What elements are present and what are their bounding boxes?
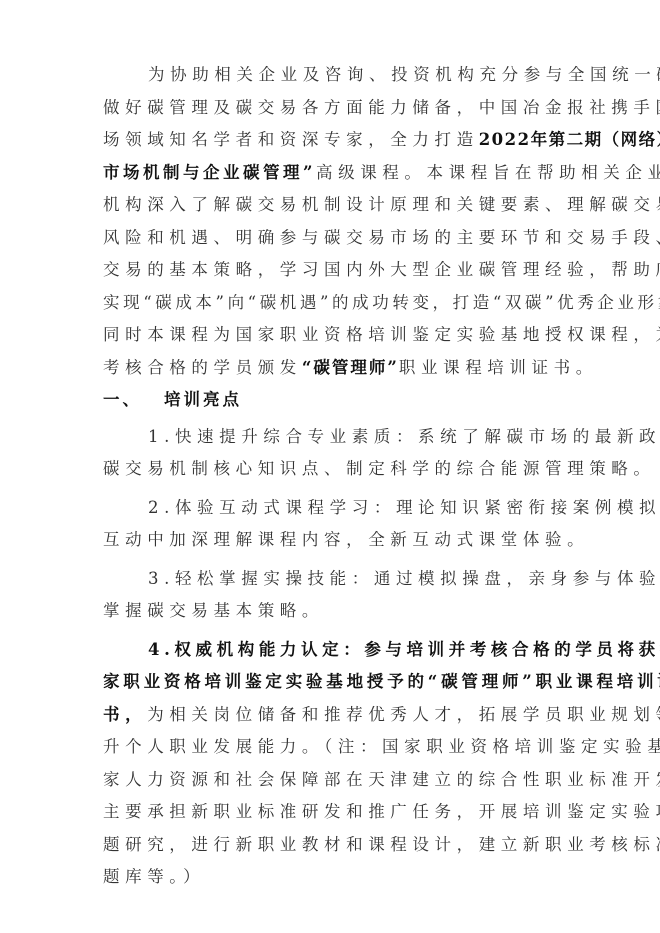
intro-line-6: 风险和机遇、明确参与碳交易市场的主要环节和交易手段、掌握碳 — [103, 225, 573, 251]
intro-line-4: 市场机制与企业碳管理”高级课程。本课程旨在帮助相关企业及咨询 — [103, 160, 573, 186]
highlight-4-line-2: 家职业资格培训鉴定实验基地授予的“碳管理师”职业课程培训证 — [103, 669, 573, 695]
section-title: 培训亮点 — [164, 390, 242, 409]
highlight-4-line-6: 主要承担新职业标准研发和推广任务，开展培训鉴定实验项目和课 — [103, 799, 573, 825]
highlight-4-line-4: 升个人职业发展能力。（注：国家职业资格培训鉴定实验基地是国 — [103, 734, 573, 760]
highlight-4-line-7: 题研究，进行新职业教材和课程设计，建立新职业考核标准、考试 — [103, 832, 573, 858]
intro-line-2: 做好碳管理及碳交易各方面能力储备，中国冶金报社携手国家碳市 — [103, 95, 573, 121]
highlight-2-line-2: 互动中加深理解课程内容，全新互动式课堂体验。 — [103, 527, 573, 553]
intro-line-1: 为协助相关企业及咨询、投资机构充分参与全国统一碳市场， — [148, 62, 618, 88]
highlight-2-line-1: 2.体验互动式课程学习：理论知识紧密衔接案例模拟及互动， — [148, 495, 618, 521]
course-title-bold-cont: 市场机制与企业碳管理” — [103, 163, 316, 182]
section-heading: 一、培训亮点 — [103, 387, 573, 413]
highlight-1-line-2: 碳交易机制核心知识点、制定科学的综合能源管理策略。 — [103, 456, 573, 482]
certificate-name-bold: “碳管理师” — [302, 358, 399, 377]
section-number: 一、 — [103, 390, 142, 409]
highlight-3-line-1: 3.轻松掌握实操技能：通过模拟操盘，亲身参与体验碳交易， — [148, 566, 618, 592]
highlight-4-line-1: 4.权威机构能力认定：参与培训并考核合格的学员将获得由国 — [148, 637, 618, 663]
course-title-bold: 2022年第二期（网络）“碳 — [479, 130, 660, 149]
intro-line-3: 场领域知名学者和资深专家，全力打造2022年第二期（网络）“碳 — [103, 127, 573, 153]
highlight-4-line-5: 家人力资源和社会保障部在天津建立的综合性职业标准开发机构。 — [103, 767, 573, 793]
intro-line-9: 同时本课程为国家职业资格培训鉴定实验基地授权课程，为培训后 — [103, 322, 573, 348]
intro-line-5: 机构深入了解碳交易机制设计原理和关键要素、理解碳交易带来的 — [103, 192, 573, 218]
highlight-4-line-8: 题库等。） — [103, 864, 573, 890]
highlight-3-line-2: 掌握碳交易基本策略。 — [103, 598, 573, 624]
intro-line-7: 交易的基本策略，学习国内外大型企业碳管理经验，帮助广大企业 — [103, 257, 573, 283]
intro-line-10: 考核合格的学员颁发“碳管理师”职业课程培训证书。 — [103, 355, 573, 381]
highlight-4-line-3: 书，为相关岗位储备和推荐优秀人才，拓展学员职业规划领域，提 — [103, 702, 573, 728]
document-page: 为协助相关企业及咨询、投资机构充分参与全国统一碳市场， 做好碳管理及碳交易各方面… — [0, 0, 660, 933]
highlight-1-line-1: 1.快速提升综合专业素质：系统了解碳市场的最新政策、掌握 — [148, 424, 618, 450]
intro-line-8: 实现“碳成本”向“碳机遇”的成功转变，打造“双碳”优秀企业形象。 — [103, 290, 573, 316]
